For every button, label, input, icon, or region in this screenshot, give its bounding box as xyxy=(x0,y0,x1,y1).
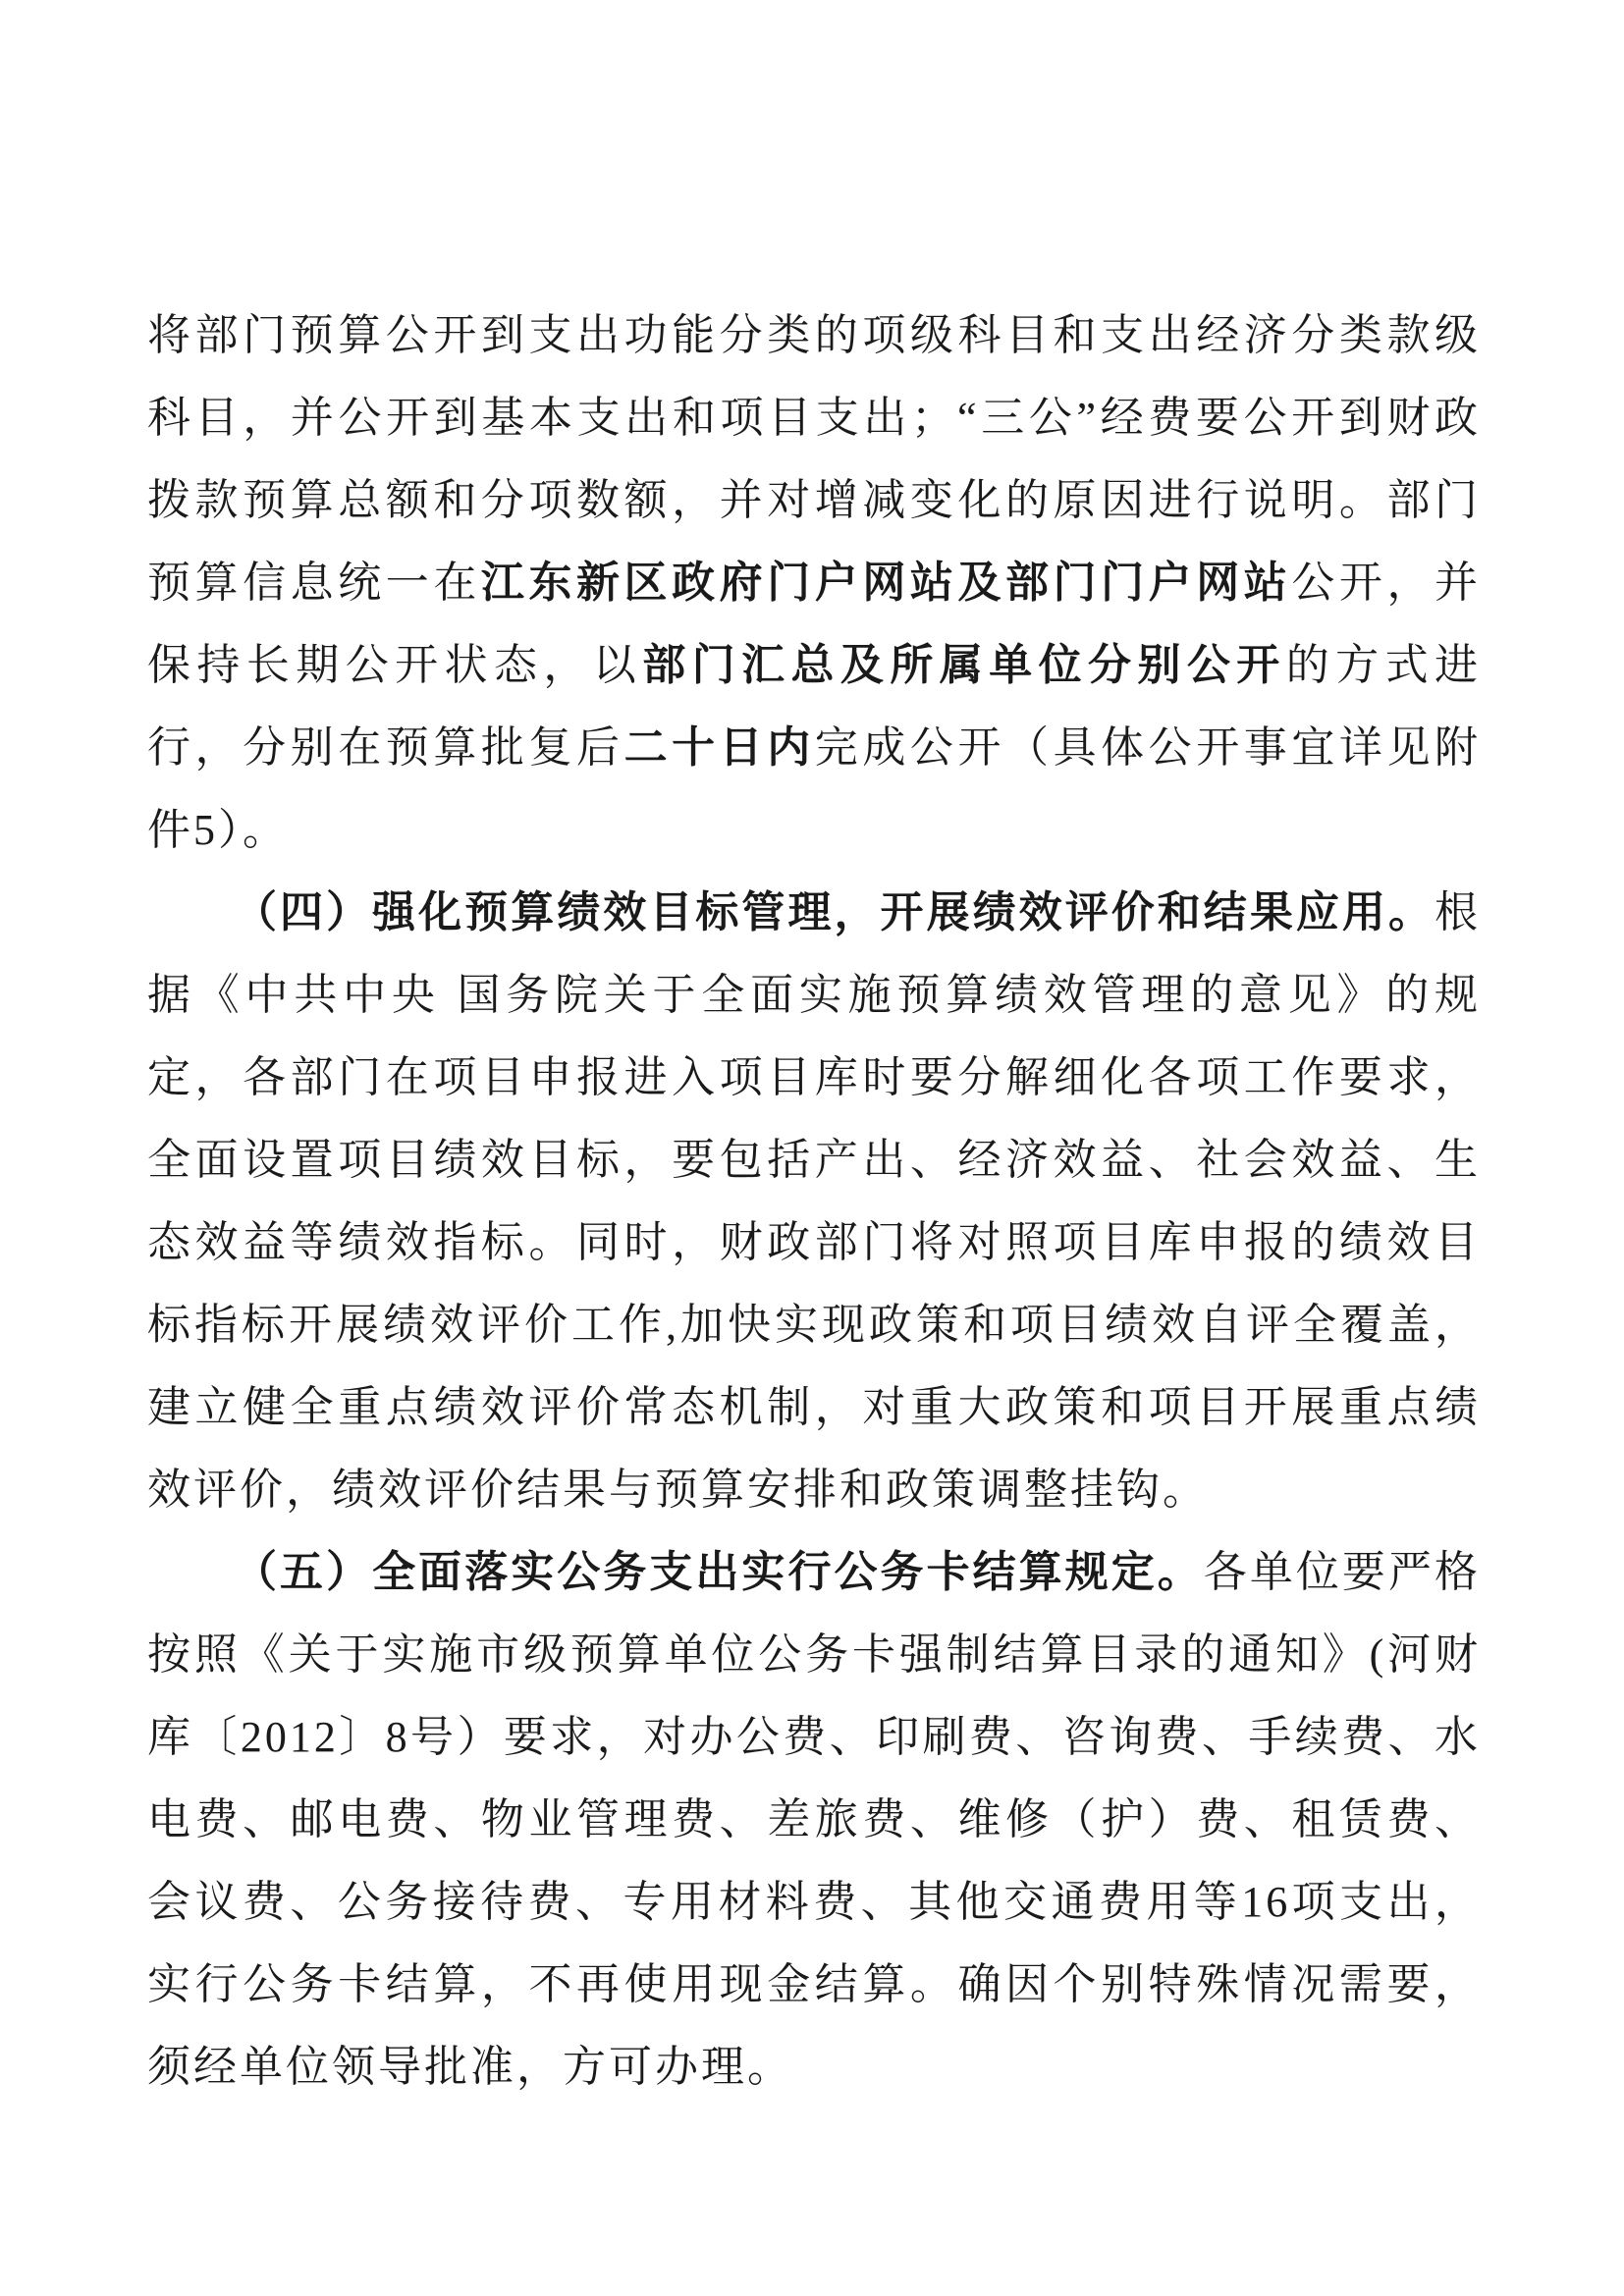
emphasis-text: （四）强化预算绩效目标管理，开展绩效评价和结果应用。 xyxy=(234,888,1435,936)
document-page: 将部门预算公开到支出功能分类的项级科目和支出经济分类款级科目，并公开到基本支出和… xyxy=(0,0,1624,2296)
document-paragraph: 将部门预算公开到支出功能分类的项级科目和支出经济分类款级科目，并公开到基本支出和… xyxy=(147,294,1481,872)
emphasis-text: 二十日内 xyxy=(624,723,815,772)
emphasis-text: 部门汇总及所属单位分别公开 xyxy=(642,641,1286,689)
body-text: 根据《中共中央 国务院关于全面实施预算绩效管理的意见》的规定，各部门在项目申报进… xyxy=(147,888,1481,1514)
body-text: 各单位要严格按照《关于实施市级预算单位公务卡强制结算目录的通知》(河财库〔201… xyxy=(147,1548,1481,2091)
emphasis-text: 江东新区政府门户网站及部门门户网站 xyxy=(481,559,1291,607)
document-paragraph: （四）强化预算绩效目标管理，开展绩效评价和结果应用。根据《中共中央 国务院关于全… xyxy=(147,872,1481,1531)
emphasis-text: （五）全面落实公务支出实行公务卡结算规定。 xyxy=(234,1548,1204,1596)
document-body: 将部门预算公开到支出功能分类的项级科目和支出经济分类款级科目，并公开到基本支出和… xyxy=(147,294,1481,2109)
document-paragraph: （五）全面落实公务支出实行公务卡结算规定。各单位要严格按照《关于实施市级预算单位… xyxy=(147,1531,1481,2109)
